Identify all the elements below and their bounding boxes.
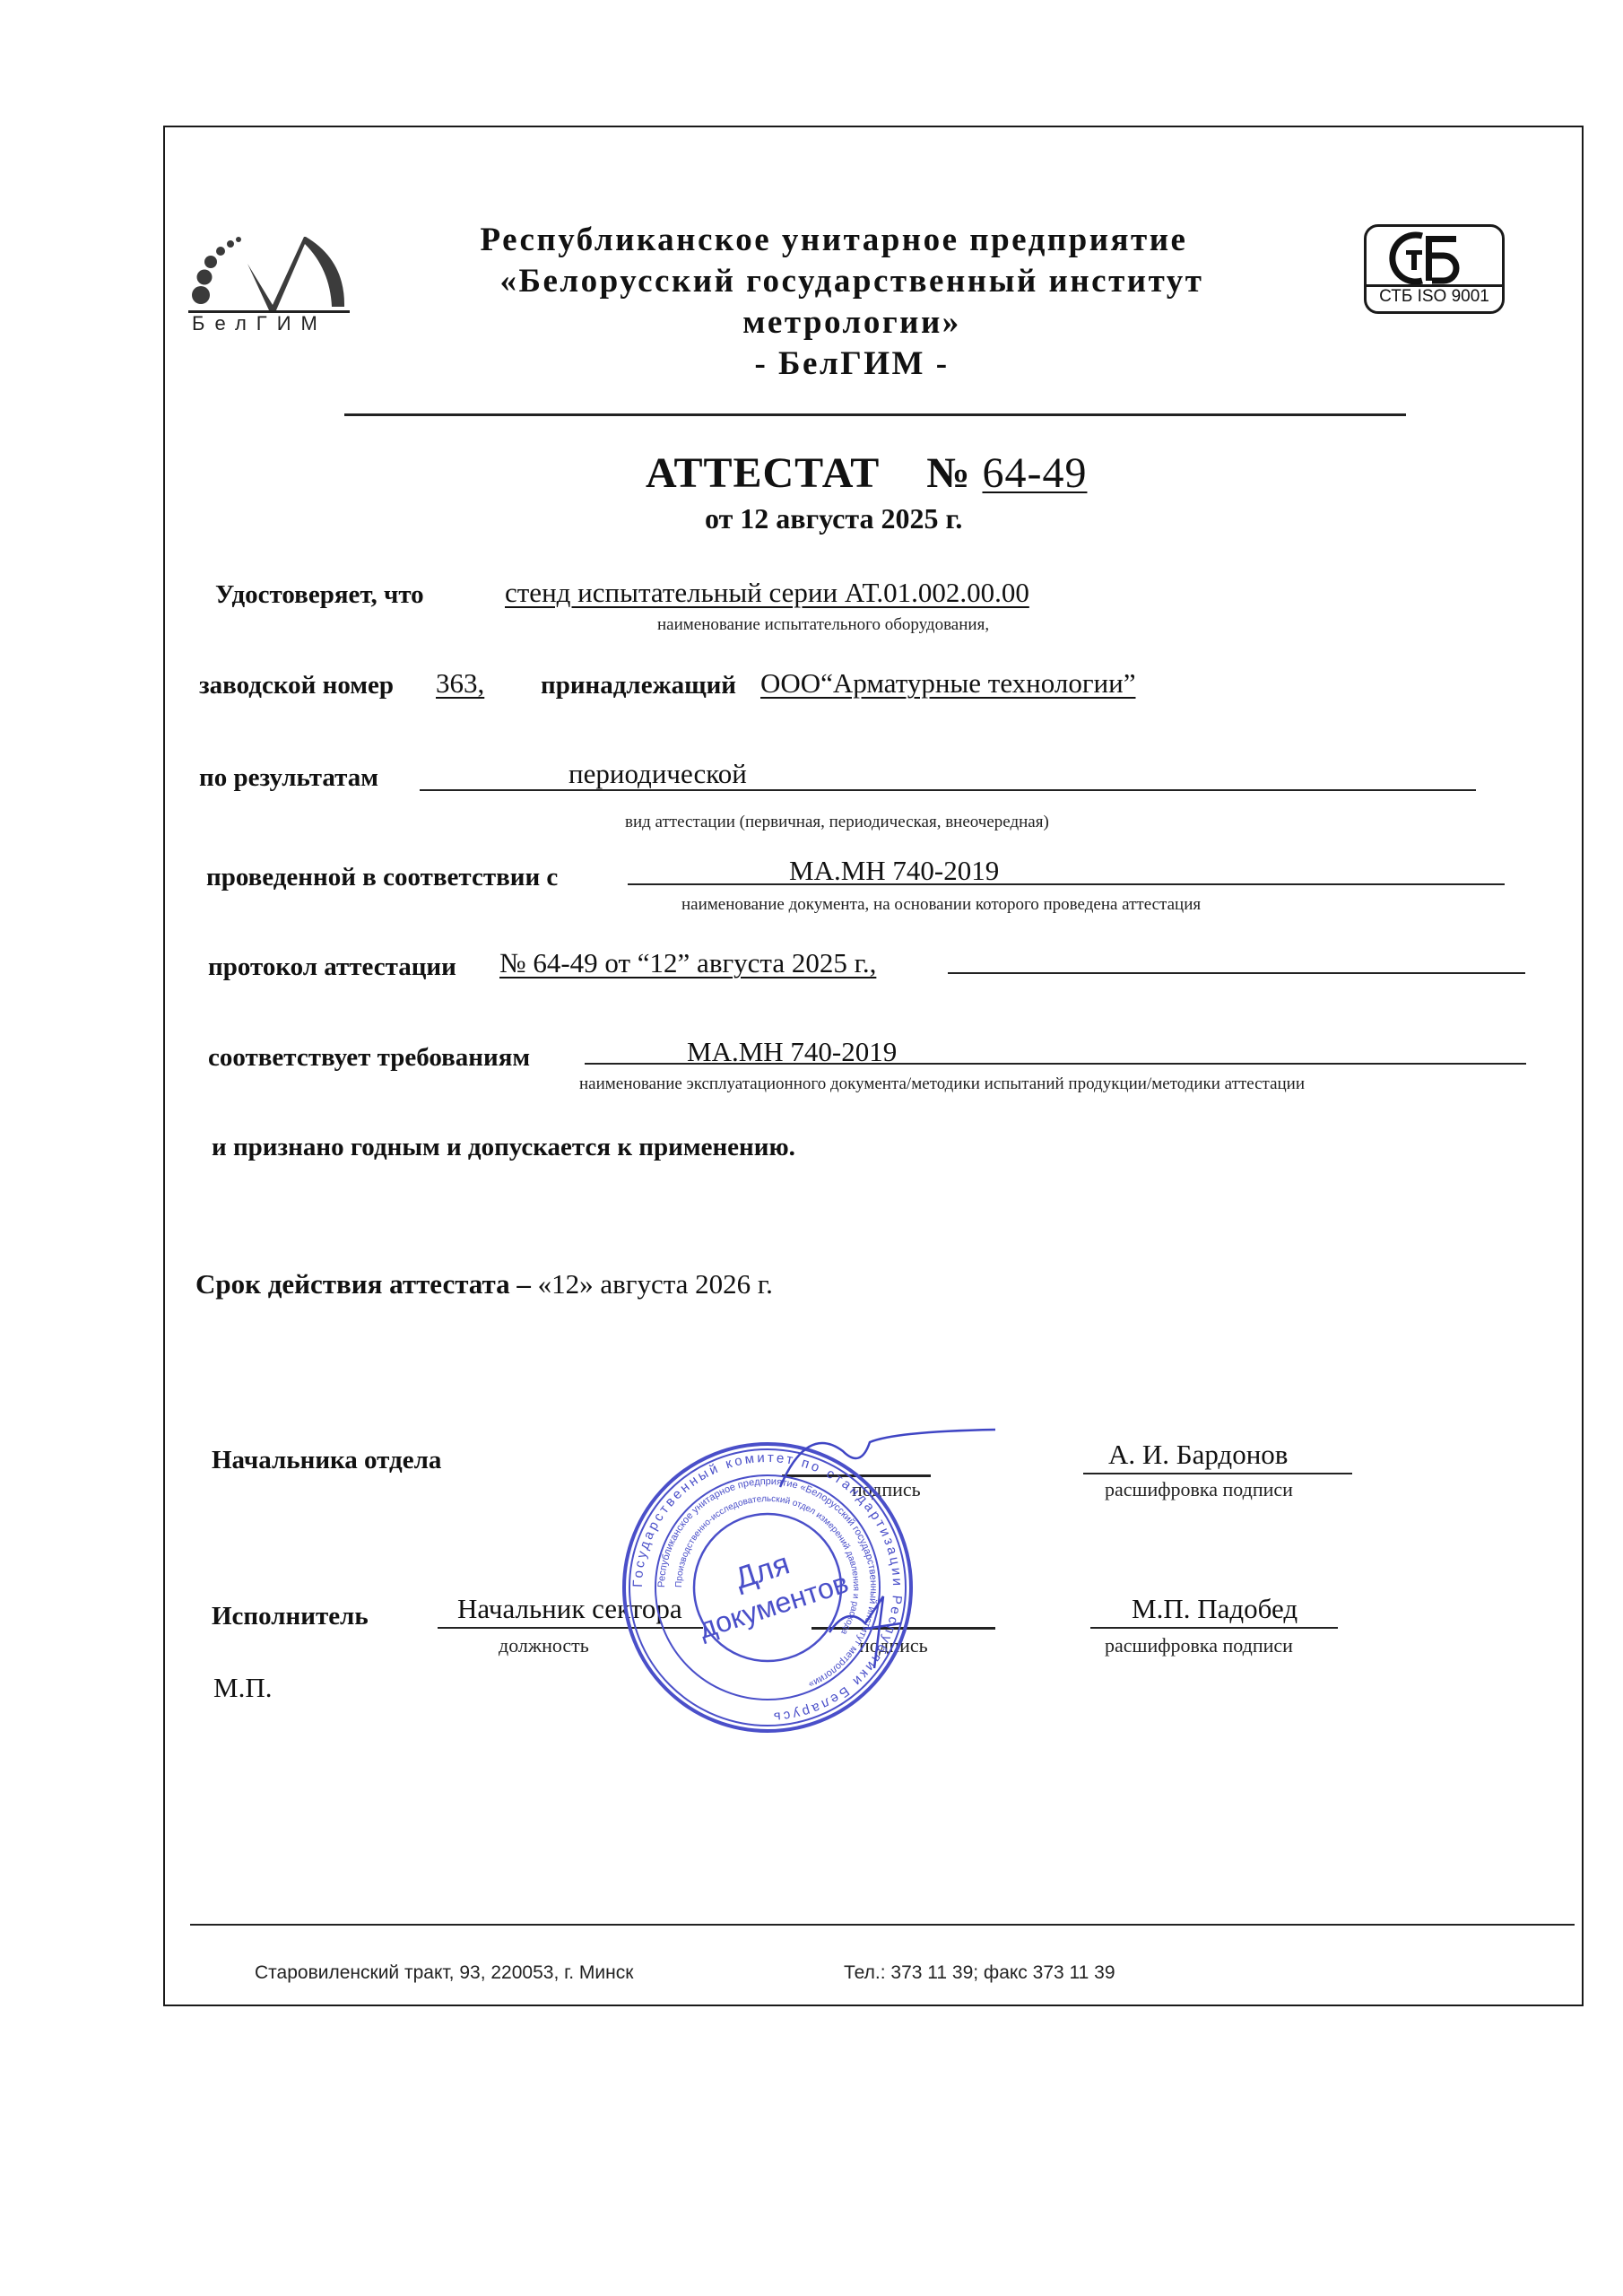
attestation-type-caption: вид аттестации (первичная, периодическая… bbox=[625, 813, 1049, 832]
executor-name-line bbox=[1090, 1627, 1338, 1629]
footer-address: Старовиленский тракт, 93, 220053, г. Мин… bbox=[255, 1962, 633, 1984]
certificate-title: АТТЕСТАТ № 64-49 bbox=[646, 448, 1087, 498]
conclusion: и признано годным и допускается к примен… bbox=[212, 1133, 795, 1162]
header-divider bbox=[344, 413, 1406, 416]
complies-caption: наименование эксплуатационного документа… bbox=[579, 1074, 1305, 1094]
equipment-name: стенд испытательный серии АТ.01.002.00.0… bbox=[505, 577, 1029, 609]
executor-name: М.П. Падобед bbox=[1132, 1593, 1298, 1625]
complies-label: соответствует требованиям bbox=[208, 1043, 530, 1073]
head-name-line bbox=[1083, 1473, 1352, 1474]
owner-label: принадлежащий bbox=[541, 671, 736, 700]
title-word: АТТЕСТАТ bbox=[646, 449, 880, 497]
executor-signature-scribble bbox=[811, 1578, 919, 1677]
attestation-type: периодической bbox=[568, 758, 747, 790]
protocol-value: № 64-49 от “12” августа 2025 г., bbox=[499, 947, 876, 979]
number-prefix: № bbox=[926, 449, 970, 497]
head-signature-scribble bbox=[771, 1424, 1004, 1496]
badge-text: СТБ ISO 9001 bbox=[1367, 287, 1502, 307]
executor-position-caption: должность bbox=[499, 1634, 589, 1657]
seal-mark: М.П. bbox=[213, 1672, 272, 1704]
certificate-date: от 12 августа 2025 г. bbox=[705, 502, 962, 535]
validity-label: Срок действия аттестата – bbox=[195, 1268, 531, 1300]
equipment-caption: наименование испытательного оборудования… bbox=[657, 615, 989, 635]
complies-document: МА.МН 740-2019 bbox=[687, 1036, 897, 1068]
footer-phone: Тел.: 373 11 39; факс 373 11 39 bbox=[844, 1962, 1115, 1984]
validity: Срок действия аттестата – «12» августа 2… bbox=[195, 1268, 773, 1300]
stb-mark-icon bbox=[1367, 230, 1502, 286]
results-label: по результатам bbox=[199, 763, 378, 793]
head-name: А. И. Бардонов bbox=[1108, 1439, 1288, 1471]
executor-label: Исполнитель bbox=[212, 1602, 369, 1631]
certificate-number: 64-49 bbox=[982, 449, 1087, 497]
stb-iso-badge: СТБ ISO 9001 bbox=[1364, 224, 1505, 314]
serial-label: заводской номер bbox=[199, 671, 394, 700]
org-name-line-4: - БелГИМ - bbox=[0, 343, 1623, 386]
conducted-caption: наименование документа, на основании кот… bbox=[681, 895, 1201, 915]
protocol-label: протокол аттестации bbox=[208, 952, 456, 982]
head-label: Начальника отдела bbox=[212, 1446, 441, 1475]
owner-name: ООО“Арматурные технологии” bbox=[760, 667, 1135, 700]
protocol-underline bbox=[948, 972, 1525, 974]
certifies-label: Удостоверяет, что bbox=[215, 580, 424, 610]
head-name-caption: расшифровка подписи bbox=[1105, 1478, 1293, 1501]
serial-number: 363, bbox=[436, 667, 500, 700]
validity-date: «12» августа 2026 г. bbox=[538, 1268, 773, 1300]
executor-name-caption: расшифровка подписи bbox=[1105, 1634, 1293, 1657]
footer-divider bbox=[190, 1924, 1575, 1926]
conducted-document: МА.МН 740-2019 bbox=[789, 855, 999, 887]
conducted-underline bbox=[628, 883, 1505, 885]
conducted-label: проведенной в соответствии с bbox=[206, 863, 558, 892]
